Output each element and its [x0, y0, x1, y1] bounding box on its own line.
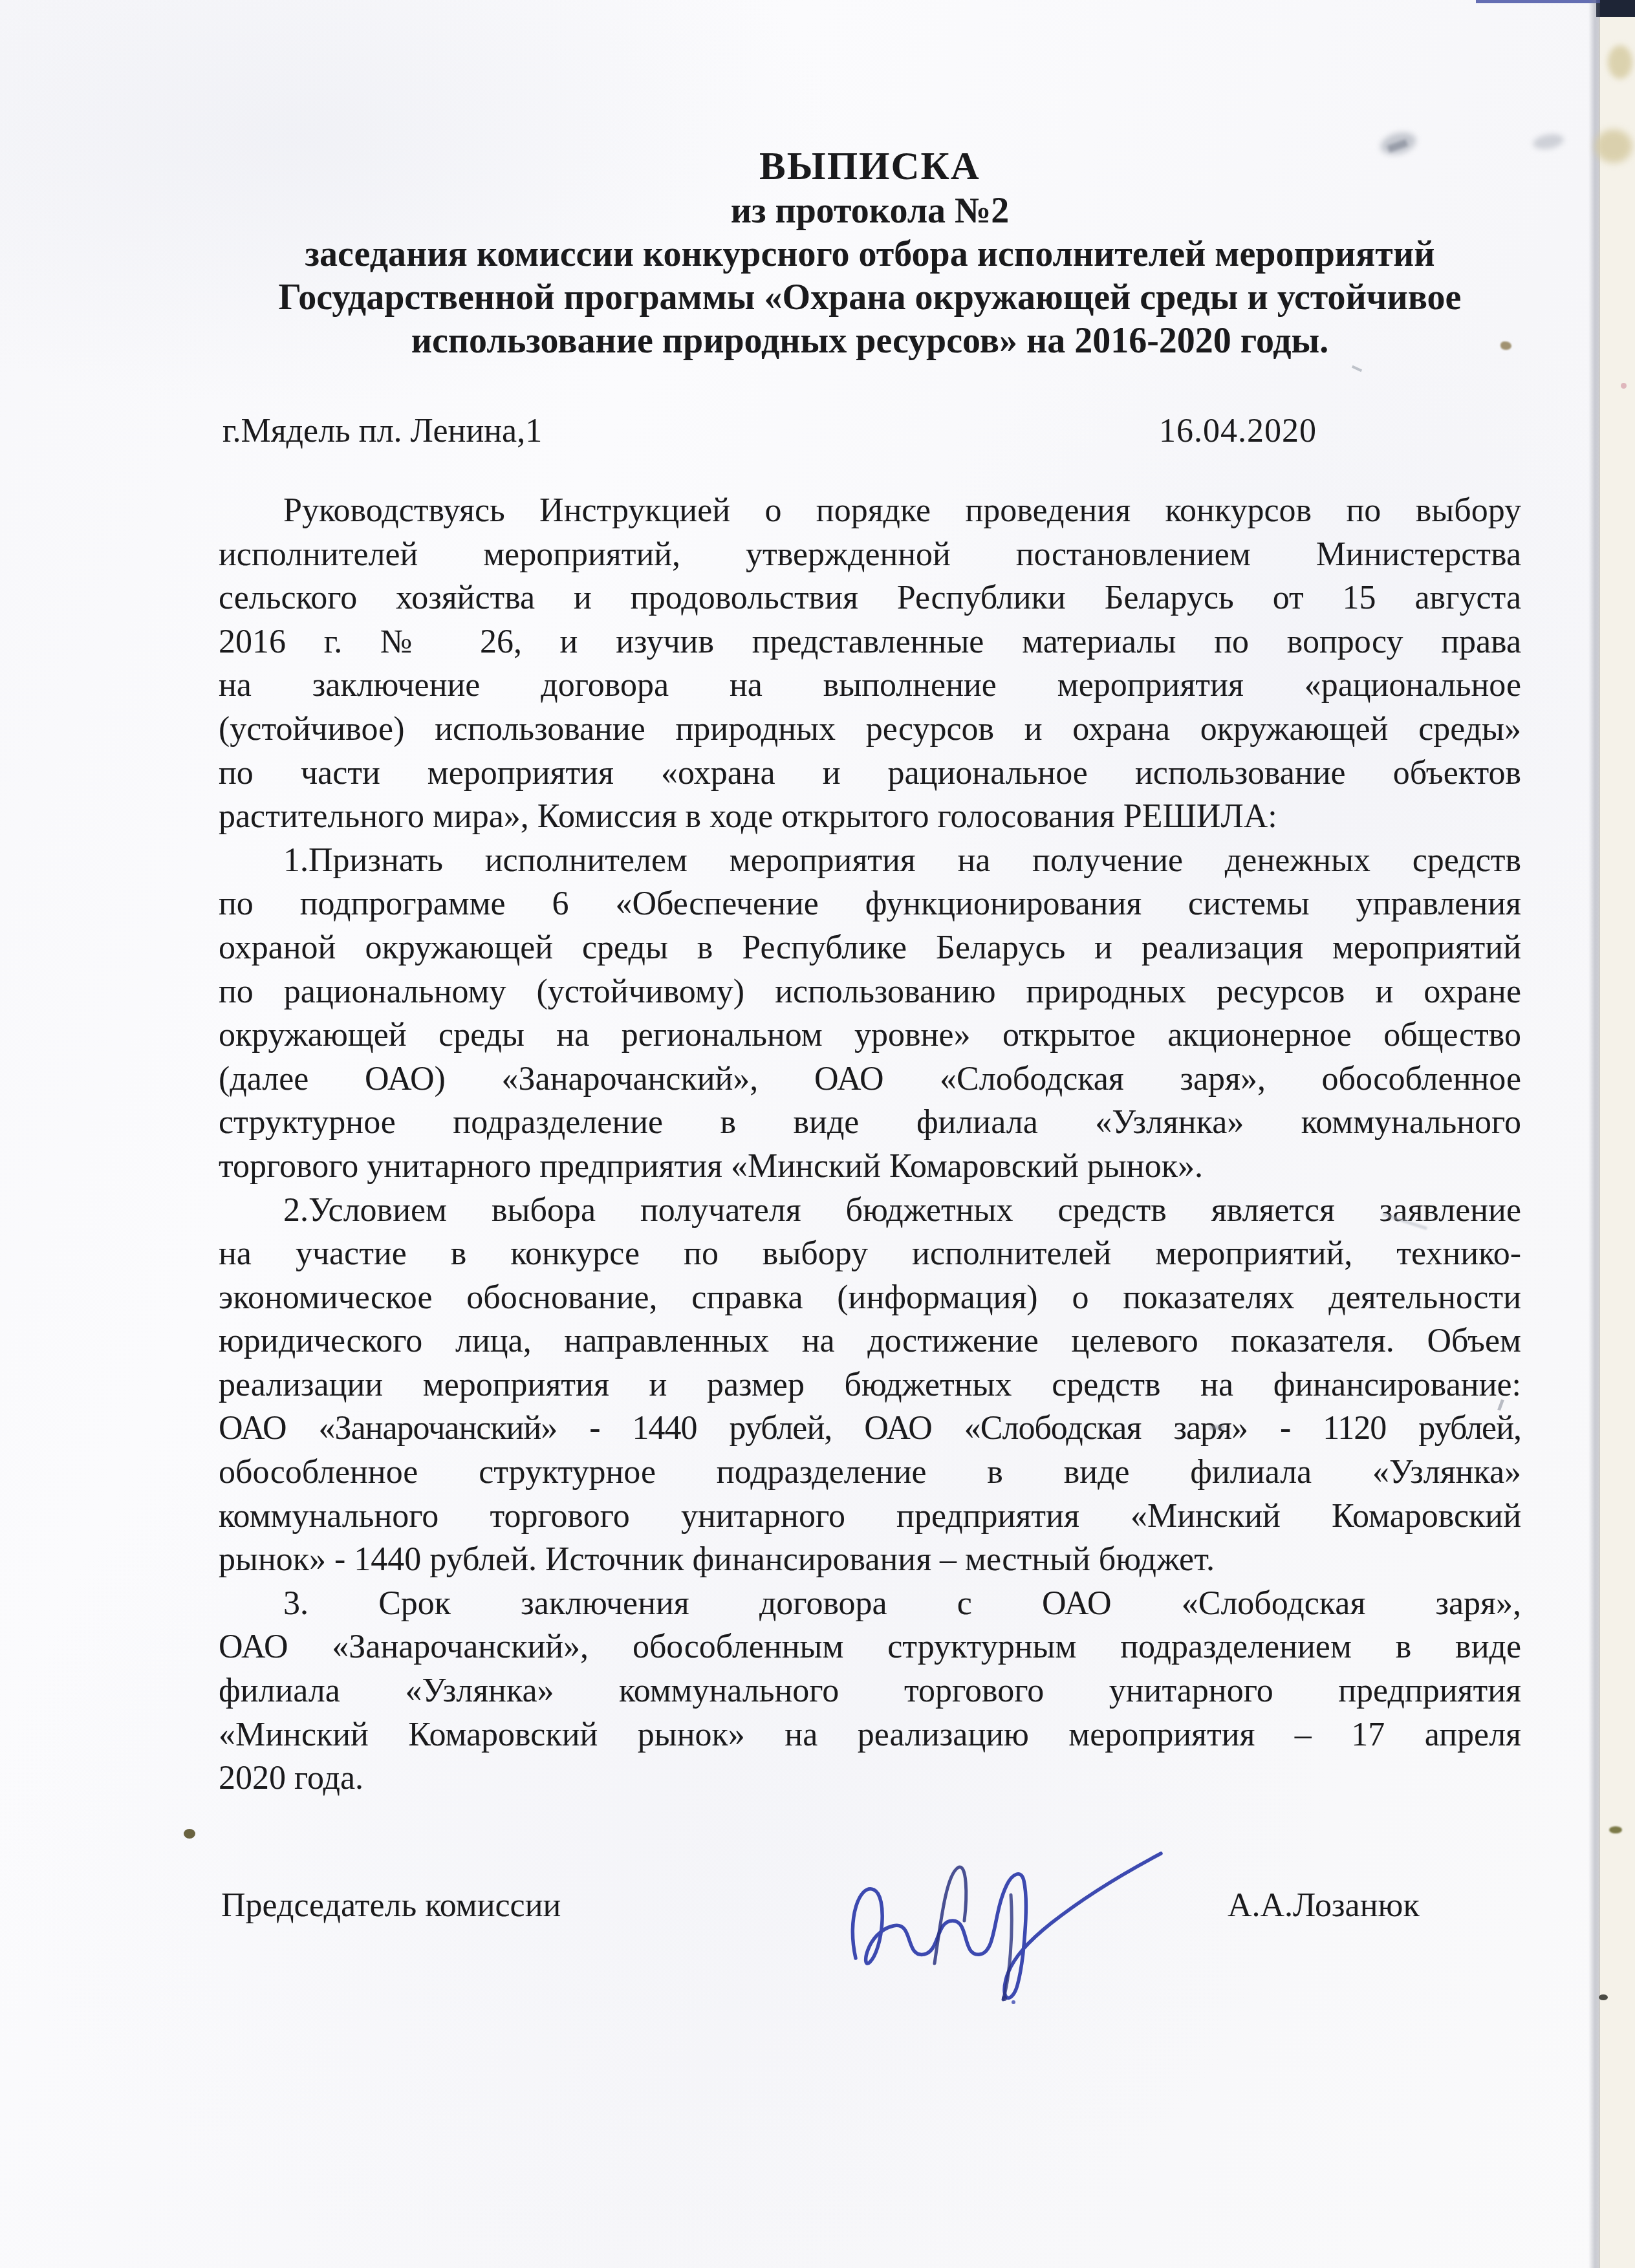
body-line: охраной окружающей среды в Республике Бе… [219, 926, 1521, 970]
body-line: ОАО «Занарочанский» - 1440 рублей, ОАО «… [219, 1407, 1521, 1451]
body-line: обособленное структурное подразделение в… [219, 1451, 1521, 1495]
ink-dot [184, 1829, 195, 1839]
title-line-protocol-number: из протокола №2 [219, 190, 1521, 232]
underlay-page-strip [1599, 0, 1635, 2268]
body-line: Руководствуясь Инструкцией о порядке про… [219, 489, 1521, 533]
body-line: торгового унитарного предприятия «Мински… [219, 1145, 1521, 1189]
body-line: 2016 г. № 26, и изучив представленные ма… [219, 620, 1521, 664]
paper-stain [1608, 45, 1632, 79]
date: 16.04.2020 [1159, 412, 1317, 451]
scanned-document-page: ВЫПИСКА из протокола №2 заседания комисс… [0, 0, 1635, 2268]
scan-smudge [1209, 1425, 1224, 1430]
signoff-name: А.А.Лозанюк [1228, 1886, 1420, 1926]
scanner-edge-band [1596, 0, 1635, 17]
body-line: (устойчивое) использование природных рес… [219, 707, 1521, 751]
body-line: 3. Срок заключения договора с ОАО «Слобо… [219, 1582, 1521, 1626]
body-line: на участие в конкурсе по выбору исполнит… [219, 1232, 1521, 1276]
body-line: юридического лица, направленных на дости… [219, 1319, 1521, 1363]
paper-speck [1599, 1994, 1608, 2000]
title-line: заседания комиссии конкурсного отбора ис… [219, 233, 1521, 275]
body-line: рынок» - 1440 рублей. Источник финансиро… [219, 1538, 1521, 1582]
body-line: 2020 года. [219, 1756, 1521, 1800]
signature-ink [838, 1835, 1190, 2016]
page-edge-seam [1588, 0, 1600, 2268]
body-line: филиала «Узлянка» коммунального торговог… [219, 1669, 1521, 1713]
paper-stain [1595, 129, 1632, 163]
body-line: растительного мира», Комиссия в ходе отк… [219, 795, 1521, 839]
scanner-edge-line [1476, 0, 1600, 3]
paper-speck [1609, 1826, 1622, 1833]
body-line: (далее ОАО) «Занарочанский», ОАО «Слобод… [219, 1057, 1521, 1101]
place-line: г.Мядель пл. Ленина,1 [222, 412, 542, 451]
document-title: ВЫПИСКА [219, 146, 1521, 188]
body-line: исполнителей мероприятий, утвержденной п… [219, 533, 1521, 577]
body-line: сельского хозяйства и продовольствия Рес… [219, 576, 1521, 620]
signoff-role-label: Председатель комиссии [221, 1886, 561, 1926]
body-line: «Минский Комаровский рынок» на реализаци… [219, 1713, 1521, 1757]
body-line: ОАО «Занарочанский», обособленным структ… [219, 1625, 1521, 1669]
scan-mark [1352, 365, 1362, 372]
scan-smudge [1532, 132, 1565, 151]
paper-speck [1621, 383, 1627, 389]
body-line: по подпрограмме 6 «Обеспечение функциони… [219, 882, 1521, 926]
body-text: Руководствуясь Инструкцией о порядке про… [219, 489, 1521, 1800]
body-line: окружающей среды на региональном уровне»… [219, 1013, 1521, 1057]
body-line: по части мероприятия «охрана и рациональ… [219, 751, 1521, 795]
paper-speck [1500, 341, 1511, 350]
title-line: Государственной программы «Охрана окружа… [219, 277, 1521, 318]
body-line: коммунального торгового унитарного предп… [219, 1495, 1521, 1539]
body-line: экономическое обоснование, справка (инфо… [219, 1276, 1521, 1320]
body-line: 1.Признать исполнителем мероприятия на п… [219, 839, 1521, 883]
body-line: структурное подразделение в виде филиала… [219, 1101, 1521, 1145]
body-line: по рациональному (устойчивому) использов… [219, 970, 1521, 1014]
body-line: на заключение договора на выполнение мер… [219, 664, 1521, 707]
body-line: 2.Условием выбора получателя бюджетных с… [219, 1189, 1521, 1233]
title-line: использование природных ресурсов» на 201… [219, 320, 1521, 362]
body-line: реализации мероприятия и размер бюджетны… [219, 1363, 1521, 1407]
